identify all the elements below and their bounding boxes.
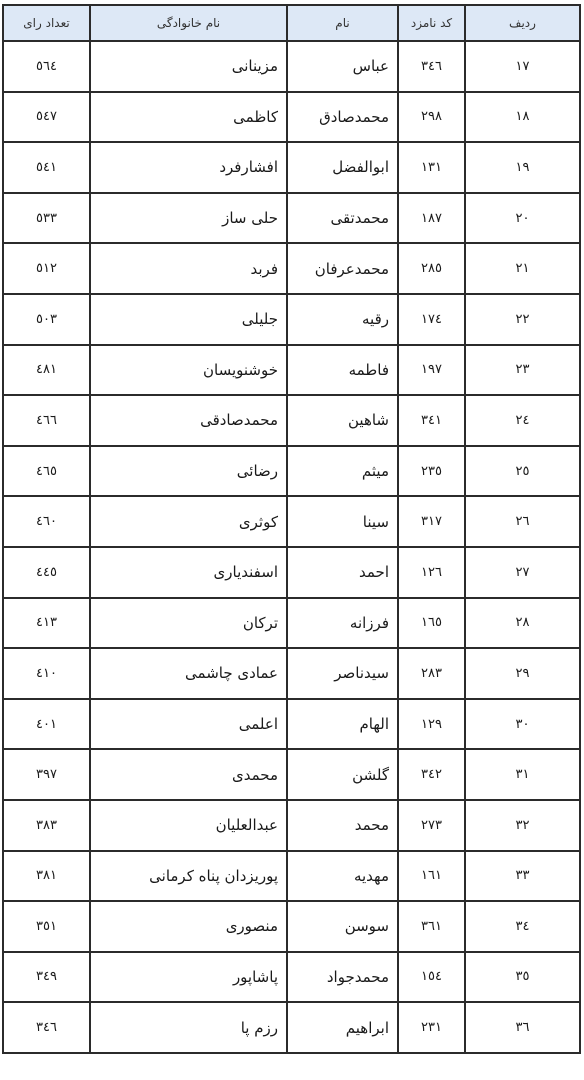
vote-count: ۳٥۱: [3, 901, 90, 952]
vote-count: ۳۸۱: [3, 851, 90, 902]
row-number: ۲٦: [465, 496, 580, 547]
first-name: سینا: [287, 496, 398, 547]
table-row: ۳۰ ۱۲۹ الهام اعلمی ٤۰۱: [3, 699, 580, 750]
first-name: محمدجواد: [287, 952, 398, 1003]
family-name: افشارفرد: [90, 142, 287, 193]
first-name: احمد: [287, 547, 398, 598]
table-row: ۲٦ ۳۱۷ سینا کوثری ٤٦۰: [3, 496, 580, 547]
table-row: ۲۱ ۲۸٥ محمدعرفان فربد ٥۱۲: [3, 243, 580, 294]
first-name: مهدیه: [287, 851, 398, 902]
first-name: شاهین: [287, 395, 398, 446]
candidate-code: ۱٦٥: [398, 598, 465, 649]
candidate-code: ۱٦۱: [398, 851, 465, 902]
candidate-code: ۲۸٥: [398, 243, 465, 294]
vote-count: ٥٦٤: [3, 41, 90, 92]
family-name: ترکان: [90, 598, 287, 649]
candidate-code: ۲۷۳: [398, 800, 465, 851]
candidate-code: ۲۳۱: [398, 1002, 465, 1053]
family-name: عبدالعلیان: [90, 800, 287, 851]
row-number: ۲۲: [465, 294, 580, 345]
row-number: ۲۷: [465, 547, 580, 598]
table-row: ۲۸ ۱٦٥ فرزانه ترکان ٤۱۳: [3, 598, 580, 649]
vote-count: ٤٦٦: [3, 395, 90, 446]
row-number: ۳٤: [465, 901, 580, 952]
first-name: فاطمه: [287, 345, 398, 396]
vote-count: ۳۹۷: [3, 749, 90, 800]
candidate-code: ۲۸۳: [398, 648, 465, 699]
row-number: ۲۹: [465, 648, 580, 699]
vote-count: ٤٦۰: [3, 496, 90, 547]
family-name: پاشاپور: [90, 952, 287, 1003]
first-name: محمدصادق: [287, 92, 398, 143]
row-number: ۳۰: [465, 699, 580, 750]
table-row: ۲٥ ۲۳٥ میثم رضائی ٤٦٥: [3, 446, 580, 497]
row-number: ۱۷: [465, 41, 580, 92]
first-name: ابوالفضل: [287, 142, 398, 193]
vote-count: ٥٤٧: [3, 92, 90, 143]
table-row: ۳٥ ۱٥٤ محمدجواد پاشاپور ۳٤۹: [3, 952, 580, 1003]
family-name: خوشنویسان: [90, 345, 287, 396]
header-first-name: نام: [287, 5, 398, 41]
first-name: عباس: [287, 41, 398, 92]
vote-count: ٤۰۱: [3, 699, 90, 750]
results-table-container: ردیف کد نامزد نام نام خانوادگی تعداد رای…: [2, 4, 579, 1054]
family-name: رزم پا: [90, 1002, 287, 1053]
vote-count: ٤٤٥: [3, 547, 90, 598]
table-row: ۱۷ ۳٤٦ عباس مزینانی ٥٦٤: [3, 41, 580, 92]
vote-count: ٤۱۰: [3, 648, 90, 699]
first-name: سیدناصر: [287, 648, 398, 699]
candidate-code: ۱٥٤: [398, 952, 465, 1003]
family-name: جلیلی: [90, 294, 287, 345]
family-name: کاظمی: [90, 92, 287, 143]
row-number: ۳۱: [465, 749, 580, 800]
first-name: فرزانه: [287, 598, 398, 649]
row-number: ۱۹: [465, 142, 580, 193]
family-name: محمدی: [90, 749, 287, 800]
candidate-code: ۳٤٦: [398, 41, 465, 92]
table-row: ۳۳ ۱٦۱ مهدیه پوریزدان پناه کرمانی ۳۸۱: [3, 851, 580, 902]
candidate-code: ۱۲۹: [398, 699, 465, 750]
candidate-code: ۳٤۱: [398, 395, 465, 446]
row-number: ۳۲: [465, 800, 580, 851]
vote-count: ٤۸۱: [3, 345, 90, 396]
row-number: ۲۸: [465, 598, 580, 649]
vote-count: ٥۳۳: [3, 193, 90, 244]
candidate-code: ۲۳٥: [398, 446, 465, 497]
first-name: سوسن: [287, 901, 398, 952]
family-name: کوثری: [90, 496, 287, 547]
candidate-code: ۱۸۷: [398, 193, 465, 244]
family-name: پوریزدان پناه کرمانی: [90, 851, 287, 902]
table-row: ۳٤ ۳٦۱ سوسن منصوری ۳٥۱: [3, 901, 580, 952]
family-name: اعلمی: [90, 699, 287, 750]
header-candidate-code: کد نامزد: [398, 5, 465, 41]
first-name: محمدعرفان: [287, 243, 398, 294]
first-name: میثم: [287, 446, 398, 497]
row-number: ۲٤: [465, 395, 580, 446]
table-row: ۳۱ ۳٤۲ گلشن محمدی ۳۹۷: [3, 749, 580, 800]
family-name: عمادی چاشمی: [90, 648, 287, 699]
candidate-code: ۲۹۸: [398, 92, 465, 143]
candidate-code: ۱۹۷: [398, 345, 465, 396]
vote-count: ۳٤۹: [3, 952, 90, 1003]
row-number: ۲۳: [465, 345, 580, 396]
table-row: ۱۹ ۱۳۱ ابوالفضل افشارفرد ٥٤۱: [3, 142, 580, 193]
first-name: ابراهیم: [287, 1002, 398, 1053]
first-name: محمد: [287, 800, 398, 851]
table-row: ۲۰ ۱۸۷ محمدتقی حلی ساز ٥۳۳: [3, 193, 580, 244]
table-header: ردیف کد نامزد نام نام خانوادگی تعداد رای: [3, 5, 580, 41]
table-row: ۳۲ ۲۷۳ محمد عبدالعلیان ۳۸۳: [3, 800, 580, 851]
table-row: ۲٤ ۳٤۱ شاهین محمدصادقی ٤٦٦: [3, 395, 580, 446]
header-row-number: ردیف: [465, 5, 580, 41]
table-row: ۲۹ ۲۸۳ سیدناصر عمادی چاشمی ٤۱۰: [3, 648, 580, 699]
family-name: فربد: [90, 243, 287, 294]
vote-count: ٥۰۳: [3, 294, 90, 345]
candidate-code: ۱۷٤: [398, 294, 465, 345]
vote-count: ٤۱۳: [3, 598, 90, 649]
header-vote-count: تعداد رای: [3, 5, 90, 41]
table-row: ۲۳ ۱۹۷ فاطمه خوشنویسان ٤۸۱: [3, 345, 580, 396]
row-number: ۳۳: [465, 851, 580, 902]
row-number: ۲٥: [465, 446, 580, 497]
family-name: مزینانی: [90, 41, 287, 92]
first-name: گلشن: [287, 749, 398, 800]
family-name: رضائی: [90, 446, 287, 497]
first-name: رقیه: [287, 294, 398, 345]
vote-count: ٤٦٥: [3, 446, 90, 497]
table-row: ۲۲ ۱۷٤ رقیه جلیلی ٥۰۳: [3, 294, 580, 345]
table-row: ۳٦ ۲۳۱ ابراهیم رزم پا ۳٤٦: [3, 1002, 580, 1053]
vote-count: ٥۱۲: [3, 243, 90, 294]
vote-count: ٥٤۱: [3, 142, 90, 193]
family-name: حلی ساز: [90, 193, 287, 244]
candidate-code: ۳٦۱: [398, 901, 465, 952]
candidate-code: ۳٤۲: [398, 749, 465, 800]
table-row: ۲۷ ۱۲٦ احمد اسفندیاری ٤٤٥: [3, 547, 580, 598]
table-row: ۱۸ ۲۹۸ محمدصادق کاظمی ٥٤٧: [3, 92, 580, 143]
row-number: ۲۰: [465, 193, 580, 244]
candidate-code: ۳۱۷: [398, 496, 465, 547]
first-name: الهام: [287, 699, 398, 750]
vote-count: ۳٤٦: [3, 1002, 90, 1053]
vote-count: ۳۸۳: [3, 800, 90, 851]
row-number: ۳٦: [465, 1002, 580, 1053]
election-results-table: ردیف کد نامزد نام نام خانوادگی تعداد رای…: [2, 4, 581, 1054]
header-row: ردیف کد نامزد نام نام خانوادگی تعداد رای: [3, 5, 580, 41]
family-name: منصوری: [90, 901, 287, 952]
row-number: ۳٥: [465, 952, 580, 1003]
row-number: ۲۱: [465, 243, 580, 294]
family-name: محمدصادقی: [90, 395, 287, 446]
row-number: ۱۸: [465, 92, 580, 143]
header-family-name: نام خانوادگی: [90, 5, 287, 41]
candidate-code: ۱۲٦: [398, 547, 465, 598]
candidate-code: ۱۳۱: [398, 142, 465, 193]
family-name: اسفندیاری: [90, 547, 287, 598]
table-body: ۱۷ ۳٤٦ عباس مزینانی ٥٦٤ ۱۸ ۲۹۸ محمدصادق …: [3, 41, 580, 1053]
first-name: محمدتقی: [287, 193, 398, 244]
